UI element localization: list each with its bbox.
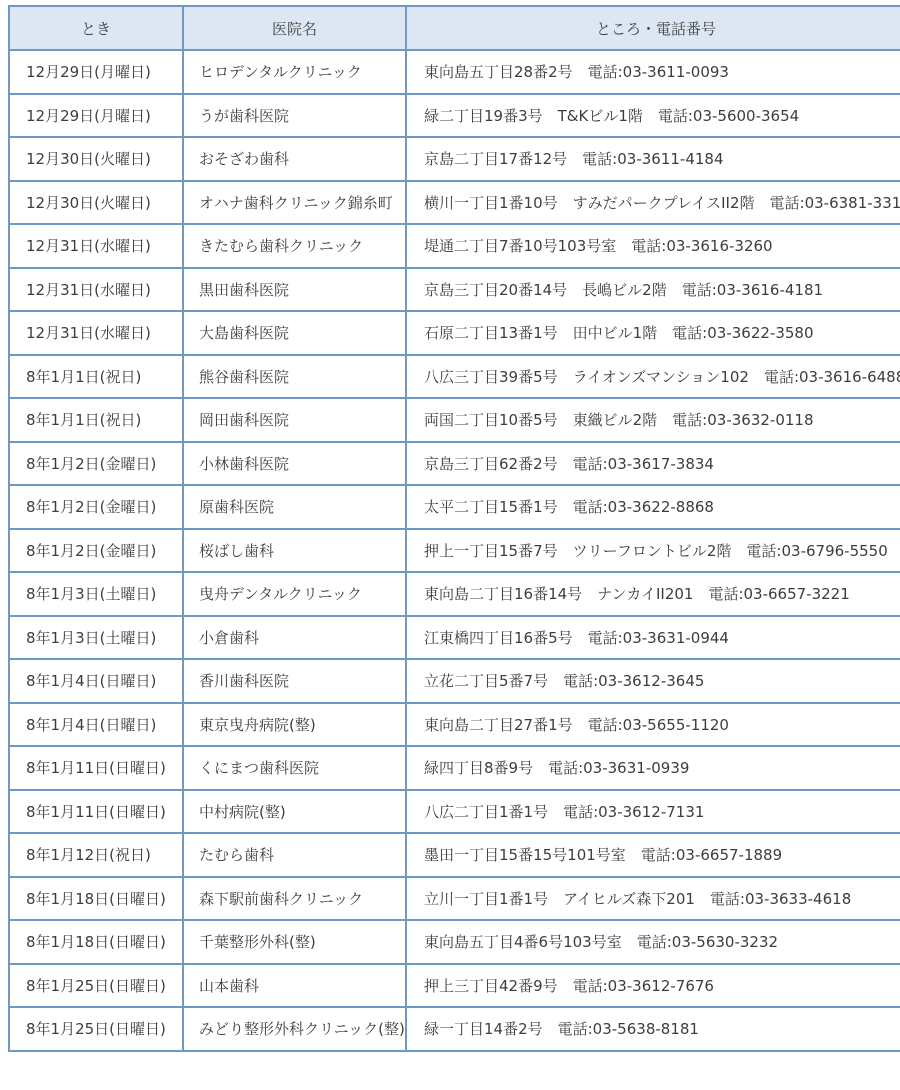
cell-clinic: 東京曳舟病院(整) bbox=[183, 703, 406, 747]
cell-address: 緑一丁目14番2号 電話:03-5638-8181 bbox=[406, 1007, 900, 1051]
cell-clinic: 黒田歯科医院 bbox=[183, 268, 406, 312]
cell-clinic: みどり整形外科クリニック(整) bbox=[183, 1007, 406, 1051]
cell-address: 押上三丁目42番9号 電話:03-3612-7676 bbox=[406, 964, 900, 1008]
cell-clinic: 小林歯科医院 bbox=[183, 442, 406, 486]
header-clinic-name: 医院名 bbox=[183, 6, 406, 50]
table-row: 8年1月11日(日曜日)中村病院(整)八広二丁目1番1号 電話:03-3612-… bbox=[9, 790, 900, 834]
cell-clinic: うが歯科医院 bbox=[183, 94, 406, 138]
cell-date: 8年1月4日(日曜日) bbox=[9, 659, 183, 703]
cell-clinic: ヒロデンタルクリニック bbox=[183, 50, 406, 94]
cell-address: 京島三丁目20番14号 長嶋ビル2階 電話:03-3616-4181 bbox=[406, 268, 900, 312]
cell-clinic: たむら歯科 bbox=[183, 833, 406, 877]
clinic-schedule-table: とき 医院名 ところ・電話番号 12月29日(月曜日)ヒロデンタルクリニック東向… bbox=[8, 5, 900, 1052]
table-row: 8年1月1日(祝日)岡田歯科医院両国二丁目10番5号 東織ビル2階 電話:03-… bbox=[9, 398, 900, 442]
table-row: 8年1月1日(祝日)熊谷歯科医院八広三丁目39番5号 ライオンズマンション102… bbox=[9, 355, 900, 399]
table-body: 12月29日(月曜日)ヒロデンタルクリニック東向島五丁目28番2号 電話:03-… bbox=[9, 50, 900, 1051]
cell-address: 東向島五丁目4番6号103号室 電話:03-5630-3232 bbox=[406, 920, 900, 964]
table-row: 12月31日(水曜日)きたむら歯科クリニック堤通二丁目7番10号103号室 電話… bbox=[9, 224, 900, 268]
header-row: とき 医院名 ところ・電話番号 bbox=[9, 6, 900, 50]
cell-address: 立川一丁目1番1号 アイヒルズ森下201 電話:03-3633-4618 bbox=[406, 877, 900, 921]
cell-clinic: 小倉歯科 bbox=[183, 616, 406, 660]
cell-date: 8年1月4日(日曜日) bbox=[9, 703, 183, 747]
table-row: 8年1月25日(日曜日)みどり整形外科クリニック(整)緑一丁目14番2号 電話:… bbox=[9, 1007, 900, 1051]
cell-date: 8年1月25日(日曜日) bbox=[9, 1007, 183, 1051]
cell-clinic: くにまつ歯科医院 bbox=[183, 746, 406, 790]
header-address-phone: ところ・電話番号 bbox=[406, 6, 900, 50]
cell-address: 江東橋四丁目16番5号 電話:03-3631-0944 bbox=[406, 616, 900, 660]
table-row: 8年1月2日(金曜日)原歯科医院太平二丁目15番1号 電話:03-3622-88… bbox=[9, 485, 900, 529]
table-row: 12月29日(月曜日)うが歯科医院緑二丁目19番3号 T&Kビル1階 電話:03… bbox=[9, 94, 900, 138]
table-head: とき 医院名 ところ・電話番号 bbox=[9, 6, 900, 50]
cell-address: 横川一丁目1番10号 すみだパークプレイスII2階 電話:03-6381-331… bbox=[406, 181, 900, 225]
page: とき 医院名 ところ・電話番号 12月29日(月曜日)ヒロデンタルクリニック東向… bbox=[0, 0, 900, 1090]
cell-clinic: きたむら歯科クリニック bbox=[183, 224, 406, 268]
cell-address: 八広三丁目39番5号 ライオンズマンション102 電話:03-3616-6488 bbox=[406, 355, 900, 399]
cell-clinic: 桜ばし歯科 bbox=[183, 529, 406, 573]
table-row: 12月30日(火曜日)おそざわ歯科京島二丁目17番12号 電話:03-3611-… bbox=[9, 137, 900, 181]
cell-address: 太平二丁目15番1号 電話:03-3622-8868 bbox=[406, 485, 900, 529]
cell-address: 緑二丁目19番3号 T&Kビル1階 電話:03-5600-3654 bbox=[406, 94, 900, 138]
cell-clinic: 森下駅前歯科クリニック bbox=[183, 877, 406, 921]
table-row: 8年1月2日(金曜日)桜ばし歯科押上一丁目15番7号 ツリーフロントビル2階 電… bbox=[9, 529, 900, 573]
cell-clinic: 原歯科医院 bbox=[183, 485, 406, 529]
cell-date: 8年1月1日(祝日) bbox=[9, 398, 183, 442]
header-date: とき bbox=[9, 6, 183, 50]
cell-clinic: オハナ歯科クリニック錦糸町 bbox=[183, 181, 406, 225]
cell-date: 12月29日(月曜日) bbox=[9, 94, 183, 138]
cell-address: 墨田一丁目15番15号101号室 電話:03-6657-1889 bbox=[406, 833, 900, 877]
table-row: 8年1月18日(日曜日)千葉整形外科(整)東向島五丁目4番6号103号室 電話:… bbox=[9, 920, 900, 964]
cell-clinic: 千葉整形外科(整) bbox=[183, 920, 406, 964]
cell-date: 8年1月3日(土曜日) bbox=[9, 572, 183, 616]
cell-address: 押上一丁目15番7号 ツリーフロントビル2階 電話:03-6796-5550 bbox=[406, 529, 900, 573]
cell-address: 堤通二丁目7番10号103号室 電話:03-3616-3260 bbox=[406, 224, 900, 268]
table-row: 8年1月4日(日曜日)香川歯科医院立花二丁目5番7号 電話:03-3612-36… bbox=[9, 659, 900, 703]
cell-clinic: 曳舟デンタルクリニック bbox=[183, 572, 406, 616]
table-row: 12月31日(水曜日)黒田歯科医院京島三丁目20番14号 長嶋ビル2階 電話:0… bbox=[9, 268, 900, 312]
table-row: 8年1月3日(土曜日)小倉歯科江東橋四丁目16番5号 電話:03-3631-09… bbox=[9, 616, 900, 660]
cell-address: 両国二丁目10番5号 東織ビル2階 電話:03-3632-0118 bbox=[406, 398, 900, 442]
cell-address: 東向島五丁目28番2号 電話:03-3611-0093 bbox=[406, 50, 900, 94]
cell-date: 8年1月2日(金曜日) bbox=[9, 529, 183, 573]
cell-address: 石原二丁目13番1号 田中ビル1階 電話:03-3622-3580 bbox=[406, 311, 900, 355]
cell-date: 8年1月18日(日曜日) bbox=[9, 920, 183, 964]
table-row: 8年1月18日(日曜日)森下駅前歯科クリニック立川一丁目1番1号 アイヒルズ森下… bbox=[9, 877, 900, 921]
cell-date: 8年1月1日(祝日) bbox=[9, 355, 183, 399]
cell-date: 8年1月2日(金曜日) bbox=[9, 442, 183, 486]
cell-date: 8年1月12日(祝日) bbox=[9, 833, 183, 877]
cell-date: 8年1月18日(日曜日) bbox=[9, 877, 183, 921]
cell-address: 立花二丁目5番7号 電話:03-3612-3645 bbox=[406, 659, 900, 703]
cell-date: 12月29日(月曜日) bbox=[9, 50, 183, 94]
cell-clinic: 山本歯科 bbox=[183, 964, 406, 1008]
table-row: 8年1月12日(祝日)たむら歯科墨田一丁目15番15号101号室 電話:03-6… bbox=[9, 833, 900, 877]
cell-address: 京島三丁目62番2号 電話:03-3617-3834 bbox=[406, 442, 900, 486]
cell-date: 8年1月25日(日曜日) bbox=[9, 964, 183, 1008]
table-row: 8年1月4日(日曜日)東京曳舟病院(整)東向島二丁目27番1号 電話:03-56… bbox=[9, 703, 900, 747]
table-row: 8年1月11日(日曜日)くにまつ歯科医院緑四丁目8番9号 電話:03-3631-… bbox=[9, 746, 900, 790]
cell-date: 12月30日(火曜日) bbox=[9, 137, 183, 181]
table-row: 12月31日(水曜日)大島歯科医院石原二丁目13番1号 田中ビル1階 電話:03… bbox=[9, 311, 900, 355]
table-row: 12月29日(月曜日)ヒロデンタルクリニック東向島五丁目28番2号 電話:03-… bbox=[9, 50, 900, 94]
table-row: 8年1月2日(金曜日)小林歯科医院京島三丁目62番2号 電話:03-3617-3… bbox=[9, 442, 900, 486]
cell-clinic: 熊谷歯科医院 bbox=[183, 355, 406, 399]
cell-clinic: 香川歯科医院 bbox=[183, 659, 406, 703]
cell-address: 緑四丁目8番9号 電話:03-3631-0939 bbox=[406, 746, 900, 790]
cell-date: 12月30日(火曜日) bbox=[9, 181, 183, 225]
cell-date: 8年1月2日(金曜日) bbox=[9, 485, 183, 529]
cell-date: 12月31日(水曜日) bbox=[9, 224, 183, 268]
cell-address: 京島二丁目17番12号 電話:03-3611-4184 bbox=[406, 137, 900, 181]
cell-clinic: おそざわ歯科 bbox=[183, 137, 406, 181]
cell-clinic: 大島歯科医院 bbox=[183, 311, 406, 355]
table-row: 12月30日(火曜日)オハナ歯科クリニック錦糸町横川一丁目1番10号 すみだパー… bbox=[9, 181, 900, 225]
cell-date: 12月31日(水曜日) bbox=[9, 268, 183, 312]
cell-address: 東向島二丁目16番14号 ナンカイII201 電話:03-6657-3221 bbox=[406, 572, 900, 616]
cell-date: 8年1月3日(土曜日) bbox=[9, 616, 183, 660]
cell-date: 8年1月11日(日曜日) bbox=[9, 746, 183, 790]
cell-date: 12月31日(水曜日) bbox=[9, 311, 183, 355]
cell-address: 八広二丁目1番1号 電話:03-3612-7131 bbox=[406, 790, 900, 834]
cell-address: 東向島二丁目27番1号 電話:03-5655-1120 bbox=[406, 703, 900, 747]
cell-date: 8年1月11日(日曜日) bbox=[9, 790, 183, 834]
cell-clinic: 中村病院(整) bbox=[183, 790, 406, 834]
cell-clinic: 岡田歯科医院 bbox=[183, 398, 406, 442]
table-row: 8年1月25日(日曜日)山本歯科押上三丁目42番9号 電話:03-3612-76… bbox=[9, 964, 900, 1008]
table-row: 8年1月3日(土曜日)曳舟デンタルクリニック東向島二丁目16番14号 ナンカイI… bbox=[9, 572, 900, 616]
